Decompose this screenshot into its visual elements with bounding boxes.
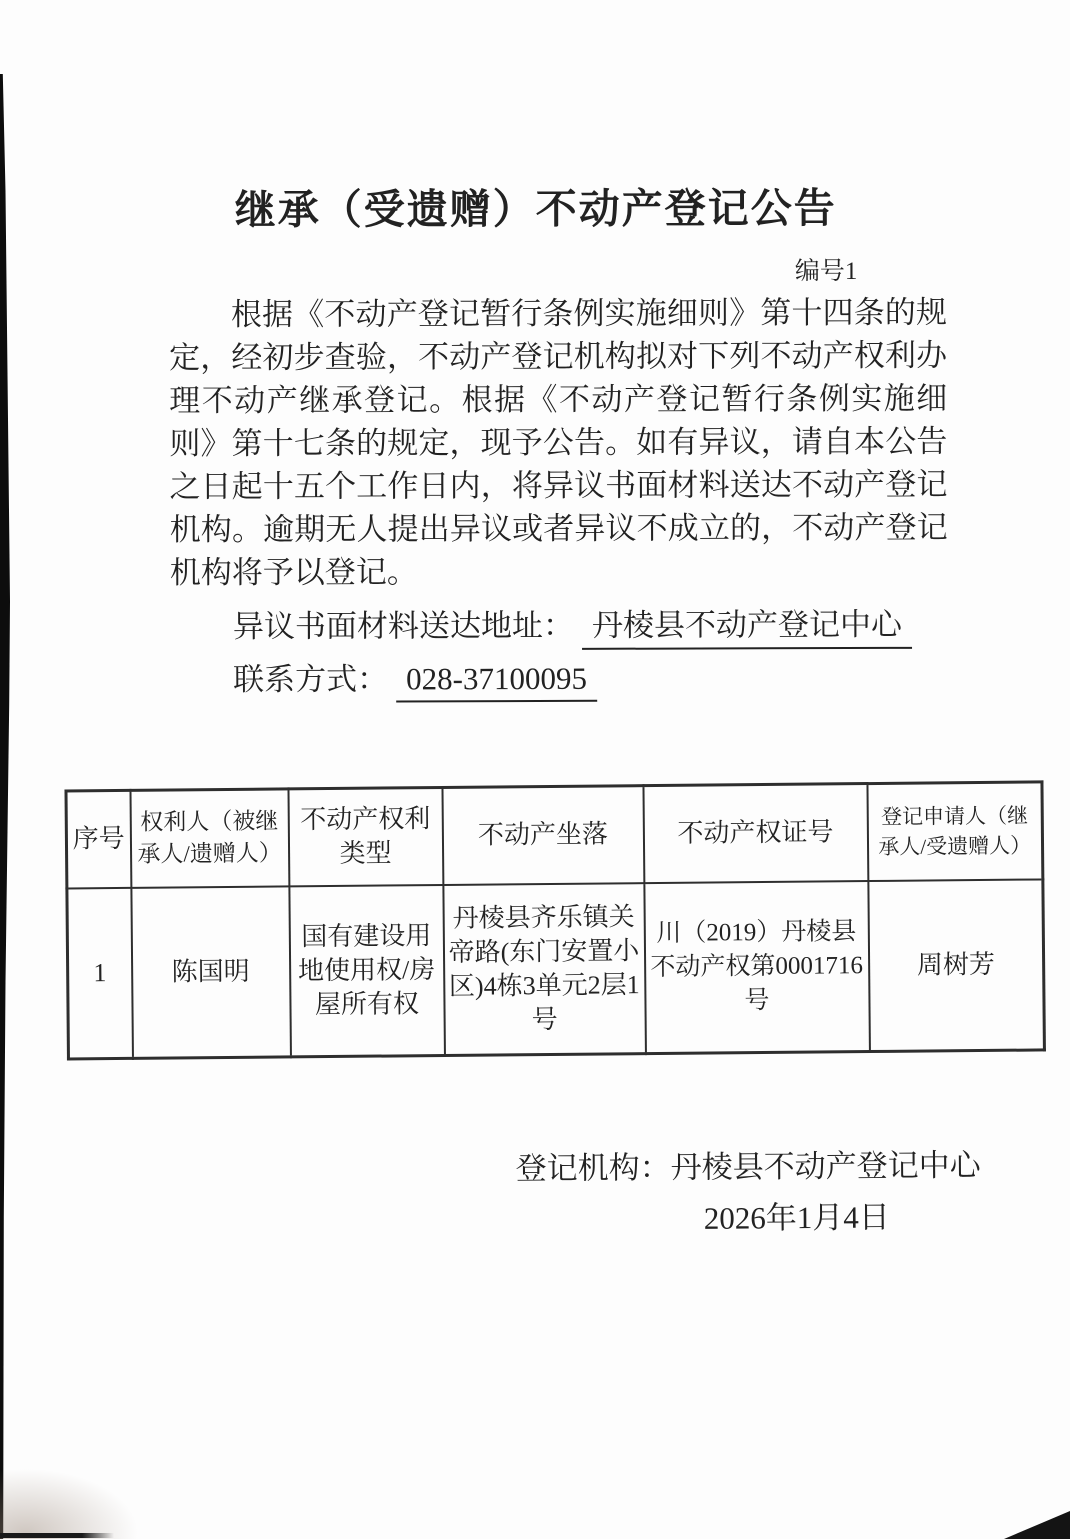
- notice-body: 根据《不动产登记暂行条例实施细则》第十四条的规定，经初步查验，不动产登记机构拟对…: [169, 291, 948, 594]
- document-content: 继承（受遗赠）不动产登记公告 编号1 根据《不动产登记暂行条例实施细则》第十四条…: [0, 0, 1070, 1539]
- scan-smudge-bottom-left: [0, 1414, 210, 1539]
- address-line: 异议书面材料送达地址：丹棱县不动产登记中心: [233, 599, 912, 651]
- address-value: 丹棱县不动产登记中心: [582, 599, 912, 650]
- cell-applicant: 周树芳: [868, 879, 1045, 1052]
- cell-holder: 陈国明: [131, 886, 291, 1058]
- registration-org-line: 登记机构：丹棱县不动产登记中心: [515, 1140, 980, 1188]
- scanned-announcement-page: 继承（受遗赠）不动产登记公告 编号1 根据《不动产登记暂行条例实施细则》第十四条…: [0, 0, 1070, 1539]
- doc-number: 编号1: [795, 251, 858, 287]
- page-title: 继承（受遗赠）不动产登记公告: [1, 174, 1070, 236]
- org-label: 登记机构：: [516, 1150, 671, 1186]
- address-label: 异议书面材料送达地址：: [233, 608, 574, 644]
- cell-cert-no: 川（2019）丹棱县不动产权第0001716号: [644, 881, 870, 1054]
- table-header-row: 序号 权利人（被继承人/遗赠人） 不动产权利类型 不动产坐落 不动产权证号 登记…: [66, 782, 1043, 888]
- col-header-holder: 权利人（被继承人/遗赠人）: [130, 789, 289, 887]
- announcement-date: 2026年1月4日: [704, 1191, 890, 1237]
- col-header-location: 不动产坐落: [442, 786, 644, 885]
- cell-location: 丹棱县齐乐镇关帝路(东门安置小区)4栋3单元2层1号: [443, 883, 646, 1056]
- col-header-seq: 序号: [66, 790, 131, 888]
- col-header-applicant: 登记申请人（继承人/受遗赠人）: [867, 782, 1043, 881]
- col-header-cert-no: 不动产权证号: [643, 784, 868, 883]
- col-header-right-type: 不动产权利类型: [288, 787, 443, 885]
- cell-seq: 1: [67, 887, 133, 1059]
- table-row: 1 陈国明 国有建设用地使用权/房屋所有权 丹棱县齐乐镇关帝路(东门安置小区)4…: [67, 879, 1045, 1059]
- scan-line-bottom-left: [0, 1533, 114, 1538]
- cell-right-type: 国有建设用地使用权/房屋所有权: [289, 884, 445, 1056]
- registration-table: 序号 权利人（被继承人/遗赠人） 不动产权利类型 不动产坐落 不动产权证号 登记…: [64, 780, 1042, 1060]
- contact-value: 028-37100095: [396, 661, 597, 703]
- org-name: 丹棱县不动产登记中心: [671, 1148, 981, 1185]
- contact-line: 联系方式：028-37100095: [233, 653, 597, 703]
- contact-label: 联系方式：: [233, 661, 388, 696]
